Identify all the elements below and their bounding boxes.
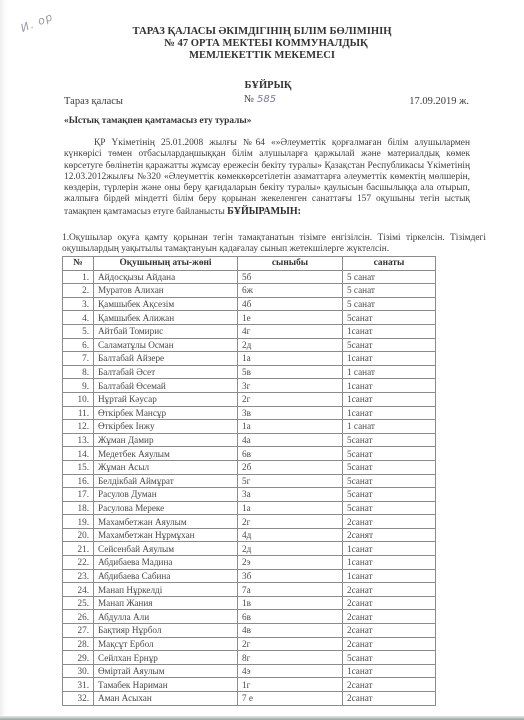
table-row: 26.Абдулла Али6в2санат (63, 610, 436, 624)
row-number: 18. (63, 501, 94, 515)
student-class: 1а (238, 420, 343, 434)
student-category: 1санат (343, 406, 436, 420)
student-name: Сейсенбай Аяулым (94, 542, 238, 556)
student-category: 2санат (343, 678, 436, 692)
student-class: 2г (238, 637, 343, 651)
student-class: 1г (238, 678, 343, 692)
student-class: 4г (238, 324, 343, 338)
student-class: 5б (238, 270, 343, 284)
student-name: Балтабай Әсет (94, 365, 238, 379)
col-header-name: Оқушының аты-жөні (94, 257, 238, 271)
student-name: Балтабай Айзере (94, 352, 238, 366)
scan-bottom-edge (0, 716, 524, 720)
student-class: 6в (238, 447, 343, 461)
table-row: 31.Тамабек Нариман1г2санат (63, 678, 436, 692)
row-number: 6. (63, 338, 94, 352)
student-name: Қамшыбек Алижан (94, 311, 238, 325)
student-category: 2санат (343, 610, 436, 624)
row-number: 23. (63, 569, 94, 583)
order-number-handwritten: 585 (257, 94, 276, 105)
student-name: Муратов Алихан (94, 284, 238, 298)
row-number: 7. (63, 352, 94, 366)
student-class: 3г (238, 379, 343, 393)
student-class: 1в (238, 596, 343, 610)
order-title: БҰЙРЫҚ (0, 80, 524, 91)
order-command: БҰЙЫРАМЫН: (227, 206, 301, 217)
student-class: 3в (238, 406, 343, 420)
row-number: 29. (63, 651, 94, 665)
table-row: 32.Аман Асыхан7 е2санат (63, 692, 436, 706)
student-category: 1санат (343, 324, 436, 338)
student-name: Белдікбай Аймұрат (94, 474, 238, 488)
row-number: 4. (63, 311, 94, 325)
row-number: 14. (63, 447, 94, 461)
table-row: 23.Абдибаева Сабина3б1санат (63, 569, 436, 583)
row-number: 10. (63, 392, 94, 406)
student-class: 1а (238, 352, 343, 366)
table-row: 10.Нұртай Кәусар2г1санат (63, 392, 436, 406)
order-meta: Тараз қаласы №585 17.09.2019 ж. (64, 96, 469, 110)
row-number: 8. (63, 365, 94, 379)
table-row: 6.Саламатұлы Осман2д5санат (63, 338, 436, 352)
student-name: Сейлхан Ернұр (94, 651, 238, 665)
student-name: Балтабай Өсемай (94, 379, 238, 393)
student-category: 1 санат (343, 365, 436, 379)
students-table: № Оқушының аты-жөні сыныбы санаты 1.Айдо… (62, 256, 436, 706)
row-number: 20. (63, 528, 94, 542)
student-name: Жұман Асыл (94, 460, 238, 474)
row-number: 13. (63, 433, 94, 447)
col-header-class: сыныбы (238, 257, 343, 271)
student-category: 2санат (343, 624, 436, 638)
student-category: 5санат (343, 433, 436, 447)
order-number-label: № (244, 94, 254, 105)
student-class: 8г (238, 651, 343, 665)
student-name: Расулов Думан (94, 488, 238, 502)
table-row: 3.Қамшыбек Ақсезім4б5 санат (63, 297, 436, 311)
student-category: 1санат (343, 556, 436, 570)
student-category: 5санат (343, 501, 436, 515)
order-subject: «Ыстық тамақпен қамтамасыз ету туралы» (64, 116, 251, 126)
table-row: 18.Расулова Мереке1а5санат (63, 501, 436, 515)
student-class: 5г (238, 474, 343, 488)
row-number: 24. (63, 583, 94, 597)
row-number: 2. (63, 284, 94, 298)
row-number: 27. (63, 624, 94, 638)
student-name: Манап Жания (94, 596, 238, 610)
table-header-row: № Оқушының аты-жөні сыныбы санаты (63, 257, 436, 271)
header-line-1: ТАРАЗ ҚАЛАСЫ ӘКІМДІГІНІҢ БІЛІМ БӨЛІМІНІҢ (0, 26, 524, 38)
table-row: 20.Махамбетжан Нұрмұхан4д2санят (63, 528, 436, 542)
table-row: 2.Муратов Алихан6ж5 санат (63, 284, 436, 298)
student-category: 5санат (343, 338, 436, 352)
student-class: 1а (238, 501, 343, 515)
header-line-3: МЕМЛЕКЕТТІК МЕКЕМЕСІ (0, 50, 524, 62)
student-name: Жұман Дамир (94, 433, 238, 447)
table-row: 7.Балтабай Айзере1а1санат (63, 352, 436, 366)
order-point-1: 1.Оқушылар оқуға қамту қорынан тегін там… (62, 233, 486, 255)
table-row: 5.Айтбай Томирис4г1санат (63, 324, 436, 338)
student-category: 5санат (343, 488, 436, 502)
table-row: 15.Жұман Асыл2б5санат (63, 460, 436, 474)
student-name: Айтбай Томирис (94, 324, 238, 338)
student-category: 1санат (343, 392, 436, 406)
student-category: 2санат (343, 596, 436, 610)
student-class: 3а (238, 488, 343, 502)
student-category: 5 санат (343, 284, 436, 298)
student-class: 1е (238, 311, 343, 325)
row-number: 5. (63, 324, 94, 338)
student-category: 5санат (343, 447, 436, 461)
table-row: 11.Өткірбек Мансұр3в1санат (63, 406, 436, 420)
student-class: 2д (238, 338, 343, 352)
student-category: 5санат (343, 311, 436, 325)
student-class: 3б (238, 569, 343, 583)
student-name: Абдибаева Сабина (94, 569, 238, 583)
student-name: Медетбек Аяулым (94, 447, 238, 461)
student-name: Аман Асыхан (94, 692, 238, 706)
student-class: 5в (238, 365, 343, 379)
student-name: Расулова Мереке (94, 501, 238, 515)
row-number: 3. (63, 297, 94, 311)
table-row: 13.Жұман Дамир4а5санат (63, 433, 436, 447)
order-body: ҚР Үкіметінің 25.01.2008 жылғы №64 «»Әле… (64, 138, 470, 218)
student-category: 5санат (343, 474, 436, 488)
table-row: 4.Қамшыбек Алижан1е5санат (63, 311, 436, 325)
student-name: Мақсұт Ербол (94, 637, 238, 651)
student-name: Абдибаева Мадина (94, 556, 238, 570)
student-category: 1санат (343, 542, 436, 556)
row-number: 15. (63, 460, 94, 474)
row-number: 28. (63, 637, 94, 651)
col-header-category: санаты (343, 257, 436, 271)
student-category: 2санят (343, 528, 436, 542)
row-number: 22. (63, 556, 94, 570)
student-name: Нұртай Кәусар (94, 392, 238, 406)
row-number: 17. (63, 488, 94, 502)
student-class: 2г (238, 515, 343, 529)
table-body: 1.Айдосқызы Айдана5б5 санат2.Муратов Али… (63, 270, 436, 705)
student-category: 5 санат (343, 270, 436, 284)
col-header-number: № (63, 257, 94, 271)
row-number: 30. (63, 664, 94, 678)
student-name: Саламатұлы Осман (94, 338, 238, 352)
student-name: Қамшыбек Ақсезім (94, 297, 238, 311)
order-date: 17.09.2019 ж. (409, 96, 469, 107)
table-row: 25.Манап Жания1в2санат (63, 596, 436, 610)
student-class: 4б (238, 297, 343, 311)
student-class: 4а (238, 433, 343, 447)
student-name: Тамабек Нариман (94, 678, 238, 692)
row-number: 31. (63, 678, 94, 692)
document-header: ТАРАЗ ҚАЛАСЫ ӘКІМДІГІНІҢ БІЛІМ БӨЛІМІНІҢ… (0, 26, 524, 62)
student-class: 4в (238, 624, 343, 638)
order-number: №585 (244, 94, 276, 105)
student-category: 5санат (343, 651, 436, 665)
row-number: 12. (63, 420, 94, 434)
row-number: 16. (63, 474, 94, 488)
scan-left-edge (0, 0, 8, 720)
student-category: 5санат (343, 460, 436, 474)
student-category: 2санат (343, 637, 436, 651)
student-class: 2э (238, 556, 343, 570)
table-row: 22.Абдибаева Мадина2э1санат (63, 556, 436, 570)
row-number: 26. (63, 610, 94, 624)
table-row: 24.Манап Нұркелді7а2санат (63, 583, 436, 597)
city: Тараз қаласы (64, 96, 123, 107)
student-name: Махамбетжан Нұрмұхан (94, 528, 238, 542)
student-name: Манап Нұркелді (94, 583, 238, 597)
student-category: 1 санат (343, 420, 436, 434)
student-name: Өткірбек Інжу (94, 420, 238, 434)
student-class: 6ж (238, 284, 343, 298)
student-category: 2санат (343, 583, 436, 597)
table-row: 27.Бақтияр Нұрбол4в2санат (63, 624, 436, 638)
table-row: 29.Сейлхан Ернұр8г5санат (63, 651, 436, 665)
table-row: 8.Балтабай Әсет5в1 санат (63, 365, 436, 379)
student-name: Өткірбек Мансұр (94, 406, 238, 420)
table-row: 12.Өткірбек Інжу1а1 санат (63, 420, 436, 434)
header-line-2: № 47 ОРТА МЕКТЕБІ КОММУНАЛДЫҚ (0, 38, 524, 50)
table-row: 9.Балтабай Өсемай3г1санат (63, 379, 436, 393)
student-category: 5 санат (343, 297, 436, 311)
row-number: 11. (63, 406, 94, 420)
row-number: 19. (63, 515, 94, 529)
student-category: 2санат (343, 515, 436, 529)
table-row: 19.Махамбетжан Аяулым2г2санат (63, 515, 436, 529)
table-row: 14.Медетбек Аяулым6в5санат (63, 447, 436, 461)
student-class: 2б (238, 460, 343, 474)
table-row: 21.Сейсенбай Аяулым2д1санат (63, 542, 436, 556)
table-row: 16.Белдікбай Аймұрат5г5санат (63, 474, 436, 488)
student-name: Абдулла Али (94, 610, 238, 624)
student-name: Бақтияр Нұрбол (94, 624, 238, 638)
row-number: 25. (63, 596, 94, 610)
table-row: 30.Өміртай Аяулым4э1санат (63, 664, 436, 678)
row-number: 1. (63, 270, 94, 284)
student-category: 1санат (343, 569, 436, 583)
student-class: 7 е (238, 692, 343, 706)
student-name: Өміртай Аяулым (94, 664, 238, 678)
table-row: 17.Расулов Думан3а5санат (63, 488, 436, 502)
student-class: 4д (238, 528, 343, 542)
student-name: Махамбетжан Аяулым (94, 515, 238, 529)
row-number: 21. (63, 542, 94, 556)
table-row: 1.Айдосқызы Айдана5б5 санат (63, 270, 436, 284)
student-category: 2санат (343, 692, 436, 706)
row-number: 9. (63, 379, 94, 393)
row-number: 32. (63, 692, 94, 706)
student-class: 2д (238, 542, 343, 556)
table-row: 28.Мақсұт Ербол2г2санат (63, 637, 436, 651)
student-class: 7а (238, 583, 343, 597)
student-class: 6в (238, 610, 343, 624)
student-category: 1санат (343, 379, 436, 393)
student-class: 2г (238, 392, 343, 406)
student-class: 4э (238, 664, 343, 678)
student-category: 1санат (343, 664, 436, 678)
student-category: 1санат (343, 352, 436, 366)
student-name: Айдосқызы Айдана (94, 270, 238, 284)
